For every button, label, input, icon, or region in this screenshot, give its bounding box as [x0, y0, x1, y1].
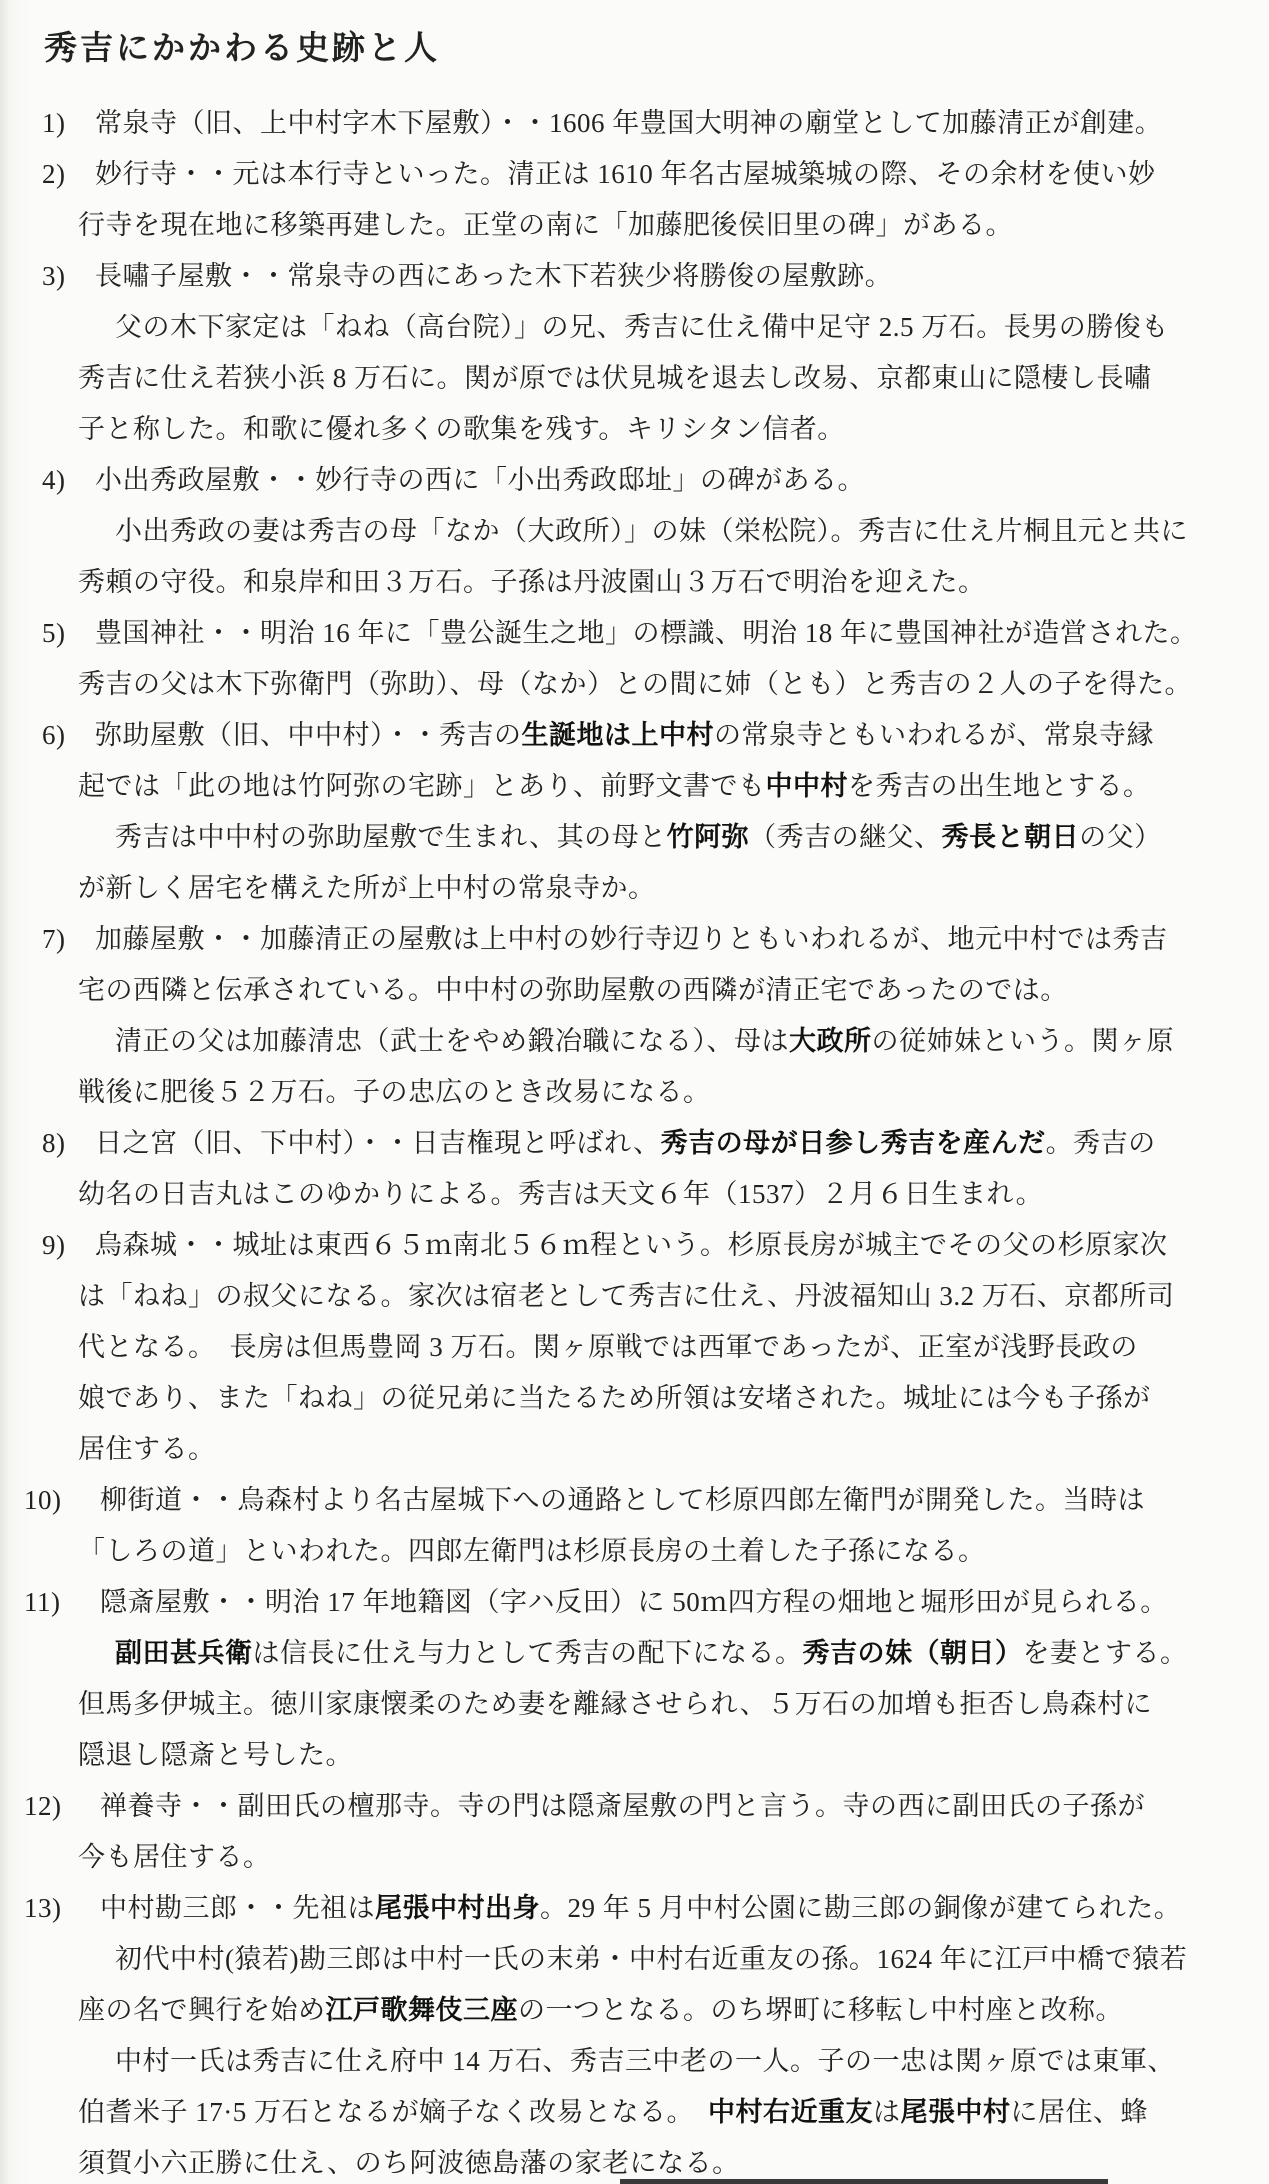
- page-title: 秀吉にかかわる史跡と人: [44, 26, 1269, 72]
- item-number: 7): [42, 914, 66, 965]
- text-segment: 戦後に肥後５２万石。子の忠広のとき改易になる。: [78, 1077, 711, 1107]
- text-segment: 中中村: [766, 771, 849, 801]
- text-line: 秀吉は中中村の弥助屋敷で生まれ、其の母と竹阿弥（秀吉の継父、秀長と朝日の父）: [0, 812, 1269, 863]
- text-line: 起では「此の地は竹阿弥の宅跡」とあり、前野文書でも中中村を秀吉の出生地とする。: [0, 761, 1269, 812]
- item-number: 11): [24, 1577, 61, 1628]
- text-line: 秀吉の父は木下弥衛門（弥助）、母（なか）との間に姉（とも）と秀吉の２人の子を得た…: [0, 659, 1269, 710]
- text-segment: の常泉寺ともいわれるが、常泉寺縁: [714, 720, 1154, 750]
- text-line: 須賀小六正勝に仕え、のち阿波徳島藩の家老になる。: [0, 2138, 1269, 2184]
- text-segment: 禅養寺・・副田氏の檀那寺。寺の門は隠斎屋敷の門と言う。寺の西に副田氏の子孫が: [100, 1791, 1145, 1821]
- item-number: 10): [24, 1475, 62, 1526]
- text-segment: 生誕地は上中村: [522, 720, 715, 750]
- text-segment: 秀長と朝日: [942, 822, 1080, 852]
- text-line: 13)中村勘三郎・・先祖は尾張中村出身。29 年 5 月中村公園に勘三郎の銅像が…: [0, 1883, 1269, 1934]
- text-segment: 須賀小六正勝に仕え、のち阿波徳島藩の家老になる。: [78, 2148, 740, 2178]
- text-segment: 秀吉は中中村の弥助屋敷で生まれ、其の母と: [115, 822, 667, 852]
- text-segment: 妙行寺・・元は本行寺といった。清正は 1610 年名古屋城築城の際、その余材を使…: [95, 159, 1156, 189]
- list-item: 13)中村勘三郎・・先祖は尾張中村出身。29 年 5 月中村公園に勘三郎の銅像が…: [0, 1883, 1269, 2184]
- item-number: 4): [42, 455, 66, 506]
- list-item: 4)小出秀政屋敷・・妙行寺の西に「小出秀政邸址」の碑がある。小出秀政の妻は秀吉の…: [0, 455, 1269, 608]
- list-item: 12)禅養寺・・副田氏の檀那寺。寺の門は隠斎屋敷の門と言う。寺の西に副田氏の子孫…: [0, 1781, 1269, 1883]
- text-segment: に居住、蜂: [1011, 2097, 1149, 2127]
- text-line: が新しく居宅を構えた所が上中村の常泉寺か。: [0, 863, 1269, 914]
- list-item: 9)烏森城・・城址は東西６５ｍ南北５６ｍ程という。杉原長房が城主でその父の杉原家…: [0, 1220, 1269, 1475]
- text-segment: は信長に仕え与力として秀吉の配下になる。: [253, 1638, 803, 1668]
- text-segment: 座の名で興行を始め: [78, 1995, 326, 2025]
- text-segment: 秀頼の守役。和泉岸和田３万石。子孫は丹波園山３万石で明治を迎えた。: [78, 567, 986, 597]
- text-segment: の父）: [1079, 822, 1162, 852]
- text-segment: 烏森城・・城址は東西６５ｍ南北５６ｍ程という。杉原長房が城主でその父の杉原家次: [95, 1230, 1168, 1260]
- list-item: 7)加藤屋敷・・加藤清正の屋敷は上中村の妙行寺辺りともいわれるが、地元中村では秀…: [0, 914, 1269, 1118]
- text-line: 6)弥助屋敷（旧、中中村）・・秀吉の生誕地は上中村の常泉寺ともいわれるが、常泉寺…: [0, 710, 1269, 761]
- text-segment: 中村一氏は秀吉に仕え府中 14 万石、秀吉三中老の一人。子の一忠は関ヶ原では東軍…: [115, 2046, 1175, 2076]
- text-line: 秀吉に仕え若狭小浜 8 万石に。関が原では伏見城を退去し改易、京都東山に隠棲し長…: [0, 353, 1269, 404]
- text-segment: 柳街道・・烏森村より名古屋城下への通路として杉原四郎左衛門が開発した。当時は: [100, 1485, 1145, 1515]
- text-segment: 子と称した。和歌に優れ多くの歌集を残す。キリシタン信者。: [78, 414, 845, 444]
- list-item: 6)弥助屋敷（旧、中中村）・・秀吉の生誕地は上中村の常泉寺ともいわれるが、常泉寺…: [0, 710, 1269, 914]
- text-segment: 宅の西隣と伝承されている。中中村の弥助屋敷の西隣が清正宅であったのでは。: [78, 975, 1068, 1005]
- text-line: 娘であり、また「ねね」の従兄弟に当たるため所領は安堵された。城址には今も子孫が: [0, 1373, 1269, 1424]
- item-number: 3): [42, 251, 66, 302]
- text-line: 今も居住する。: [0, 1832, 1269, 1883]
- text-segment: 尾張中村出身: [375, 1893, 540, 1923]
- text-segment: 娘であり、また「ねね」の従兄弟に当たるため所領は安堵された。城址には今も子孫が: [78, 1383, 1151, 1413]
- text-line: は「ねね」の叔父になる。家次は宿老として秀吉に仕え、丹波福知山 3.2 万石、京…: [0, 1271, 1269, 1322]
- text-segment: 常泉寺（旧、上中村字木下屋敷）・・1606 年豊国大明神の廟堂として加藤清正が創…: [95, 108, 1162, 138]
- text-line: 代となる。 長房は但馬豊岡 3 万石。関ヶ原戦では西軍であったが、正室が浅野長政…: [0, 1322, 1269, 1373]
- text-segment: 弥助屋敷（旧、中中村）・・秀吉の: [95, 720, 522, 750]
- text-segment: 豊国神社・・明治 16 年に「豊公誕生之地」の標識、明治 18 年に豊国神社が造…: [95, 618, 1198, 648]
- text-segment: 秀吉に仕え若狭小浜 8 万石に。関が原では伏見城を退去し改易、京都東山に隠棲し長…: [78, 363, 1152, 393]
- text-line: 父の木下家定は「ねね（高台院）」の兄、秀吉に仕え備中足守 2.5 万石。長男の勝…: [0, 302, 1269, 353]
- item-number: 6): [42, 710, 66, 761]
- list-item: 8)日之宮（旧、下中村）・・日吉権現と呼ばれ、秀吉の母が日参し秀吉を産んだ。秀吉…: [0, 1118, 1269, 1220]
- text-line: 戦後に肥後５２万石。子の忠広のとき改易になる。: [0, 1067, 1269, 1118]
- text-segment: 初代中村(猿若)勘三郎は中村一氏の末弟・中村右近重友の孫。1624 年に江戸中橋…: [115, 1944, 1187, 1974]
- text-line: 2)妙行寺・・元は本行寺といった。清正は 1610 年名古屋城築城の際、その余材…: [0, 149, 1269, 200]
- text-segment: 尾張中村: [901, 2097, 1011, 2127]
- text-line: 11)隠斎屋敷・・明治 17 年地籍図（字ハ反田）に 50ｍ四方程の畑地と堀形田…: [0, 1577, 1269, 1628]
- item-number: 13): [24, 1883, 62, 1934]
- text-segment: の一つとなる。のち堺町に移転し中村座と改称。: [518, 1995, 1123, 2025]
- text-segment: 「しろの道」といわれた。四郎左衛門は杉原長房の土着した子孫になる。: [78, 1536, 986, 1566]
- text-segment: 隠退し隠斎と号した。: [78, 1740, 353, 1770]
- text-segment: 今も居住する。: [78, 1842, 271, 1872]
- text-line: 3)長嘯子屋敷・・常泉寺の西にあった木下若狭少将勝俊の屋敷跡。: [0, 251, 1269, 302]
- text-segment: 長嘯子屋敷・・常泉寺の西にあった木下若狭少将勝俊の屋敷跡。: [95, 261, 892, 291]
- text-line: 中村一氏は秀吉に仕え府中 14 万石、秀吉三中老の一人。子の一忠は関ヶ原では東軍…: [0, 2036, 1269, 2087]
- text-line: 小出秀政の妻は秀吉の母「なか（大政所）」の妹（栄松院）。秀吉に仕え片桐且元と共に: [0, 506, 1269, 557]
- text-line: 清正の父は加藤清忠（武士をやめ鍛冶職になる）、母は大政所の従姉妹という。関ヶ原: [0, 1016, 1269, 1067]
- text-segment: 竹阿弥: [667, 822, 750, 852]
- text-line: 子と称した。和歌に優れ多くの歌集を残す。キリシタン信者。: [0, 404, 1269, 455]
- text-line: 隠退し隠斎と号した。: [0, 1730, 1269, 1781]
- text-line: 12)禅養寺・・副田氏の檀那寺。寺の門は隠斎屋敷の門と言う。寺の西に副田氏の子孫…: [0, 1781, 1269, 1832]
- text-segment: 隠斎屋敷・・明治 17 年地籍図（字ハ反田）に 50ｍ四方程の畑地と堀形田が見ら…: [100, 1587, 1168, 1617]
- text-segment: 加藤屋敷・・加藤清正の屋敷は上中村の妙行寺辺りともいわれるが、地元中村では秀吉: [95, 924, 1168, 954]
- text-segment: （秀吉の継父、: [749, 822, 942, 852]
- text-line: 4)小出秀政屋敷・・妙行寺の西に「小出秀政邸址」の碑がある。: [0, 455, 1269, 506]
- item-number: 1): [42, 98, 66, 149]
- text-line: 1)常泉寺（旧、上中村字木下屋敷）・・1606 年豊国大明神の廟堂として加藤清正…: [0, 98, 1269, 149]
- text-segment: 秀吉の妹（朝日）: [803, 1638, 1023, 1668]
- text-segment: 父の木下家定は「ねね（高台院）」の兄、秀吉に仕え備中足守 2.5 万石。長男の勝…: [115, 312, 1169, 342]
- text-line: 10)柳街道・・烏森村より名古屋城下への通路として杉原四郎左衛門が開発した。当時…: [0, 1475, 1269, 1526]
- text-line: 初代中村(猿若)勘三郎は中村一氏の末弟・中村右近重友の孫。1624 年に江戸中橋…: [0, 1934, 1269, 1985]
- text-segment: 。29 年 5 月中村公園に勘三郎の銅像が建てられた。: [540, 1893, 1181, 1923]
- text-segment: 但馬多伊城主。徳川家康懐柔のため妻を離縁させられ、５万石の加増も拒否し鳥森村に: [78, 1689, 1152, 1719]
- text-segment: 清正の父は加藤清忠（武士をやめ鍛冶職になる）、母は: [115, 1026, 789, 1056]
- text-line: 8)日之宮（旧、下中村）・・日吉権現と呼ばれ、秀吉の母が日参し秀吉を産んだ。秀吉…: [0, 1118, 1269, 1169]
- text-segment: 行寺を現在地に移築再建した。正堂の南に「加藤肥後侯旧里の碑」がある。: [78, 210, 1013, 240]
- text-segment: が新しく居宅を構えた所が上中村の常泉寺か。: [78, 873, 656, 903]
- list-item: 5)豊国神社・・明治 16 年に「豊公誕生之地」の標識、明治 18 年に豊国神社…: [0, 608, 1269, 710]
- text-segment: 小出秀政の妻は秀吉の母「なか（大政所）」の妹（栄松院）。秀吉に仕え片桐且元と共に: [115, 516, 1188, 546]
- text-segment: 中村勘三郎・・先祖は: [100, 1893, 375, 1923]
- text-segment: 中村右近重友: [708, 2097, 873, 2127]
- text-segment: は: [873, 2097, 901, 2127]
- text-line: 但馬多伊城主。徳川家康懐柔のため妻を離縁させられ、５万石の加増も拒否し鳥森村に: [0, 1679, 1269, 1730]
- text-line: 9)烏森城・・城址は東西６５ｍ南北５６ｍ程という。杉原長房が城主でその父の杉原家…: [0, 1220, 1269, 1271]
- text-segment: 伯耆米子 17·5 万石となるが嫡子なく改易となる。: [78, 2097, 708, 2127]
- text-segment: 起では「此の地は竹阿弥の宅跡」とあり、前野文書でも: [78, 771, 766, 801]
- item-number: 2): [42, 149, 66, 200]
- list-item: 2)妙行寺・・元は本行寺といった。清正は 1610 年名古屋城築城の際、その余材…: [0, 149, 1269, 251]
- text-line: 「しろの道」といわれた。四郎左衛門は杉原長房の土着した子孫になる。: [0, 1526, 1269, 1577]
- text-segment: 居住する。: [78, 1434, 216, 1464]
- document-page: 秀吉にかかわる史跡と人 1)常泉寺（旧、上中村字木下屋敷）・・1606 年豊国大…: [0, 0, 1269, 2184]
- text-line: 座の名で興行を始め江戸歌舞伎三座の一つとなる。のち堺町に移転し中村座と改称。: [0, 1985, 1269, 2036]
- text-line: 7)加藤屋敷・・加藤清正の屋敷は上中村の妙行寺辺りともいわれるが、地元中村では秀…: [0, 914, 1269, 965]
- text-line: 幼名の日吉丸はこのゆかりによる。秀吉は天文６年（1537）２月６日生まれ。: [0, 1169, 1269, 1220]
- text-line: 宅の西隣と伝承されている。中中村の弥助屋敷の西隣が清正宅であったのでは。: [0, 965, 1269, 1016]
- list-item: 3)長嘯子屋敷・・常泉寺の西にあった木下若狭少将勝俊の屋敷跡。父の木下家定は「ね…: [0, 251, 1269, 455]
- text-line: 副田甚兵衛は信長に仕え与力として秀吉の配下になる。秀吉の妹（朝日）を妻とする。: [0, 1628, 1269, 1679]
- text-line: 秀頼の守役。和泉岸和田３万石。子孫は丹波園山３万石で明治を迎えた。: [0, 557, 1269, 608]
- text-segment: 秀吉の母が日参し秀吉を産んだ: [661, 1128, 1046, 1158]
- text-segment: 代となる。 長房は但馬豊岡 3 万石。関ヶ原戦では西軍であったが、正室が浅野長政…: [78, 1332, 1138, 1362]
- text-segment: 幼名の日吉丸はこのゆかりによる。秀吉は天文６年（1537）２月６日生まれ。: [78, 1179, 1043, 1209]
- text-segment: を妻とする。: [1023, 1638, 1188, 1668]
- text-segment: 小出秀政屋敷・・妙行寺の西に「小出秀政邸址」の碑がある。: [95, 465, 865, 495]
- item-number: 8): [42, 1118, 66, 1169]
- item-number: 12): [24, 1781, 62, 1832]
- text-line: 行寺を現在地に移築再建した。正堂の南に「加藤肥後侯旧里の碑」がある。: [0, 200, 1269, 251]
- document-body: 1)常泉寺（旧、上中村字木下屋敷）・・1606 年豊国大明神の廟堂として加藤清正…: [0, 98, 1269, 2184]
- text-segment: 秀吉の父は木下弥衛門（弥助）、母（なか）との間に姉（とも）と秀吉の２人の子を得た…: [78, 669, 1192, 699]
- text-segment: 日之宮（旧、下中村）・・日吉権現と呼ばれ、: [95, 1128, 661, 1158]
- scan-artifact-bar: [620, 2179, 1108, 2184]
- text-segment: 。秀吉の: [1046, 1128, 1156, 1158]
- text-segment: 大政所: [789, 1026, 872, 1056]
- text-segment: を秀吉の出生地とする。: [848, 771, 1151, 801]
- text-segment: の従姉妹という。関ヶ原: [872, 1026, 1175, 1056]
- text-line: 5)豊国神社・・明治 16 年に「豊公誕生之地」の標識、明治 18 年に豊国神社…: [0, 608, 1269, 659]
- list-item: 11)隠斎屋敷・・明治 17 年地籍図（字ハ反田）に 50ｍ四方程の畑地と堀形田…: [0, 1577, 1269, 1781]
- text-segment: 副田甚兵衛: [115, 1638, 253, 1668]
- item-number: 5): [42, 608, 66, 659]
- text-line: 居住する。: [0, 1424, 1269, 1475]
- list-item: 10)柳街道・・烏森村より名古屋城下への通路として杉原四郎左衛門が開発した。当時…: [0, 1475, 1269, 1577]
- item-number: 9): [42, 1220, 66, 1271]
- text-line: 伯耆米子 17·5 万石となるが嫡子なく改易となる。 中村右近重友は尾張中村に居…: [0, 2087, 1269, 2138]
- list-item: 1)常泉寺（旧、上中村字木下屋敷）・・1606 年豊国大明神の廟堂として加藤清正…: [0, 98, 1269, 149]
- text-segment: 江戸歌舞伎三座: [326, 1995, 519, 2025]
- text-segment: は「ねね」の叔父になる。家次は宿老として秀吉に仕え、丹波福知山 3.2 万石、京…: [78, 1281, 1174, 1311]
